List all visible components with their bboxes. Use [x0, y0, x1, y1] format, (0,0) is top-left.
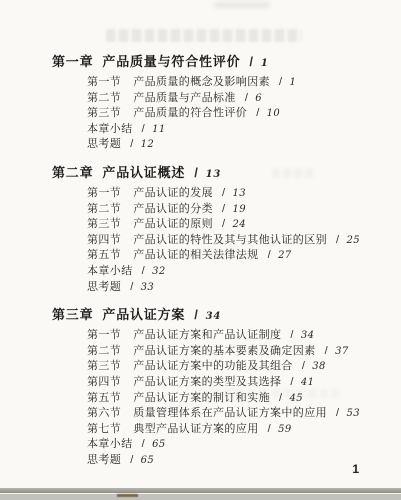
toc-row: 第一节产品认证方案和产品认证制度/34: [0, 328, 401, 344]
section-title: 产品认证的分类: [133, 203, 213, 215]
chapter-title: 产品认证概述: [102, 165, 185, 180]
section-title: 产品认证的相关法律法规: [133, 249, 258, 261]
toc-row: 第五节产品认证方案的制订和实施/45: [0, 391, 401, 407]
toc-row: 思考题/65: [0, 453, 401, 469]
section-title: 质量管理体系在产品认证方案中的应用: [133, 407, 327, 419]
chapter-page-ref: 1: [261, 58, 269, 69]
section-label: 第三节: [87, 218, 121, 230]
section-page-ref: 11: [152, 124, 166, 135]
section-title: 思考题: [87, 138, 121, 150]
book-page: 第一章产品质量与符合性评价/1第一节产品质量的概念及影响因素/1第二节产品质量与…: [0, 0, 401, 500]
bleed-through-smudge-top: [214, 2, 270, 8]
section-label: 第五节: [87, 392, 121, 404]
section-page-ref: 13: [232, 188, 246, 199]
section-title: 产品认证方案和产品认证制度: [133, 329, 281, 341]
separator: /: [222, 187, 225, 199]
separator: /: [142, 438, 145, 450]
section-page-ref: 6: [255, 93, 262, 104]
toc-row: 第五节产品认证的相关法律法规/27: [0, 248, 401, 264]
chapter-heading: 第一章产品质量与符合性评价/1: [0, 54, 401, 72]
section-title: 产品认证方案的类型及其选择: [133, 376, 281, 388]
separator: /: [336, 407, 339, 419]
section-page-ref: 19: [232, 204, 246, 215]
section-title: 思考题: [87, 454, 121, 466]
section-label: 第四节: [87, 234, 121, 246]
section-title: 本章小结: [87, 123, 133, 135]
chapter-block: 第一章产品质量与符合性评价/1第一节产品质量的概念及影响因素/1第二节产品质量与…: [0, 54, 401, 153]
toc-row: 本章小结/65: [0, 437, 401, 453]
separator: /: [268, 423, 271, 435]
chapter-label: 第一章: [52, 54, 93, 69]
separator: /: [130, 454, 133, 466]
separator: /: [194, 307, 198, 322]
scan-artifact: [117, 494, 138, 497]
chapter-block: 第三章产品认证方案/34第一节产品认证方案和产品认证制度/34第二节产品认证方案…: [0, 307, 401, 468]
chapter-title: 产品质量与符合性评价: [102, 54, 240, 69]
section-page-ref: 65: [152, 439, 166, 450]
scan-background: [0, 493, 401, 500]
section-page-ref: 24: [232, 219, 246, 230]
section-label: 第一节: [87, 329, 121, 341]
toc-row: 第一节产品认证的发展/13: [0, 186, 401, 202]
separator: /: [325, 345, 328, 357]
separator: /: [142, 265, 145, 277]
toc-row: 第六节质量管理体系在产品认证方案中的应用/53: [0, 406, 401, 422]
table-of-contents: 第一章产品质量与符合性评价/1第一节产品质量的概念及影响因素/1第二节产品质量与…: [0, 54, 401, 480]
separator: /: [222, 218, 225, 230]
separator: /: [142, 123, 145, 135]
separator: /: [256, 107, 259, 119]
section-title: 本章小结: [87, 265, 133, 277]
chapter-title: 产品认证方案: [102, 307, 185, 322]
chapter-heading: 第二章产品认证概述/13: [0, 165, 401, 183]
section-label: 第二节: [87, 92, 121, 104]
section-label: 第三节: [87, 360, 121, 372]
toc-row: 第二节产品质量与产品标准/6: [0, 91, 401, 107]
section-page-ref: 37: [335, 346, 349, 357]
section-page-ref: 25: [346, 235, 360, 246]
section-label: 第一节: [87, 76, 121, 88]
section-title: 典型产品认证方案的应用: [133, 423, 258, 435]
chapter-label: 第三章: [52, 307, 93, 322]
separator: /: [249, 54, 253, 69]
section-label: 第七节: [87, 423, 121, 435]
separator: /: [268, 249, 271, 261]
toc-row: 本章小结/32: [0, 264, 401, 280]
section-label: 第二节: [87, 345, 121, 357]
toc-row: 第二节产品认证的分类/19: [0, 202, 401, 218]
section-page-ref: 38: [312, 361, 326, 372]
separator: /: [245, 92, 248, 104]
toc-row: 第四节产品认证的特性及其与其他认证的区别/25: [0, 233, 401, 249]
separator: /: [130, 138, 133, 150]
section-title: 产品质量与产品标准: [133, 92, 236, 104]
separator: /: [336, 234, 339, 246]
section-page-ref: 34: [301, 330, 315, 341]
section-page-ref: 45: [289, 393, 303, 404]
toc-row: 第三节产品认证方案中的功能及其组合/38: [0, 359, 401, 375]
section-title: 产品认证的原则: [133, 218, 213, 230]
section-label: 第三节: [87, 107, 121, 119]
section-title: 产品认证方案的基本要素及确定因素: [133, 345, 315, 357]
section-title: 产品质量的概念及影响因素: [133, 76, 270, 88]
toc-row: 第三节产品质量的符合性评价/10: [0, 106, 401, 122]
section-label: 第六节: [87, 407, 121, 419]
section-label: 第一节: [87, 187, 121, 199]
section-title: 产品认证方案的制订和实施: [133, 392, 270, 404]
chapter-page-ref: 34: [206, 311, 222, 322]
toc-row: 第三节产品认证的原则/24: [0, 217, 401, 233]
section-page-ref: 53: [346, 408, 360, 419]
section-title: 产品认证的发展: [133, 187, 213, 199]
separator: /: [290, 376, 293, 388]
section-label: 第四节: [87, 376, 121, 388]
separator: /: [302, 360, 305, 372]
section-title: 产品认证的特性及其与其他认证的区别: [133, 234, 327, 246]
section-title: 产品质量的符合性评价: [133, 107, 247, 119]
separator: /: [279, 76, 282, 88]
section-title: 思考题: [87, 281, 121, 293]
toc-row: 第四节产品认证方案的类型及其选择/41: [0, 375, 401, 391]
page-number: 1: [352, 462, 359, 476]
section-page-ref: 12: [141, 139, 155, 150]
section-page-ref: 27: [278, 250, 292, 261]
section-page-ref: 1: [289, 77, 296, 88]
separator: /: [290, 329, 293, 341]
separator: /: [130, 281, 133, 293]
section-page-ref: 65: [141, 455, 155, 466]
toc-row: 本章小结/11: [0, 122, 401, 138]
section-page-ref: 41: [301, 377, 315, 388]
section-label: 第五节: [87, 249, 121, 261]
section-page-ref: 32: [152, 266, 166, 277]
chapter-label: 第二章: [52, 165, 93, 180]
toc-row: 第一节产品质量的概念及影响因素/1: [0, 75, 401, 91]
chapter-block: 第二章产品认证概述/13第一节产品认证的发展/13第二节产品认证的分类/19第三…: [0, 165, 401, 295]
toc-row: 思考题/12: [0, 137, 401, 153]
chapter-heading: 第三章产品认证方案/34: [0, 307, 401, 325]
chapter-page-ref: 13: [206, 169, 222, 180]
section-page-ref: 10: [267, 108, 281, 119]
section-title: 本章小结: [87, 438, 133, 450]
separator: /: [222, 203, 225, 215]
separator: /: [194, 165, 198, 180]
bleed-through-text: [106, 29, 302, 42]
section-page-ref: 59: [278, 424, 292, 435]
toc-row: 第七节典型产品认证方案的应用/59: [0, 422, 401, 438]
section-title: 产品认证方案中的功能及其组合: [133, 360, 293, 372]
toc-row: 思考题/33: [0, 280, 401, 296]
toc-row: 第二节产品认证方案的基本要素及确定因素/37: [0, 344, 401, 360]
section-label: 第二节: [87, 203, 121, 215]
section-page-ref: 33: [141, 282, 155, 293]
separator: /: [279, 392, 282, 404]
